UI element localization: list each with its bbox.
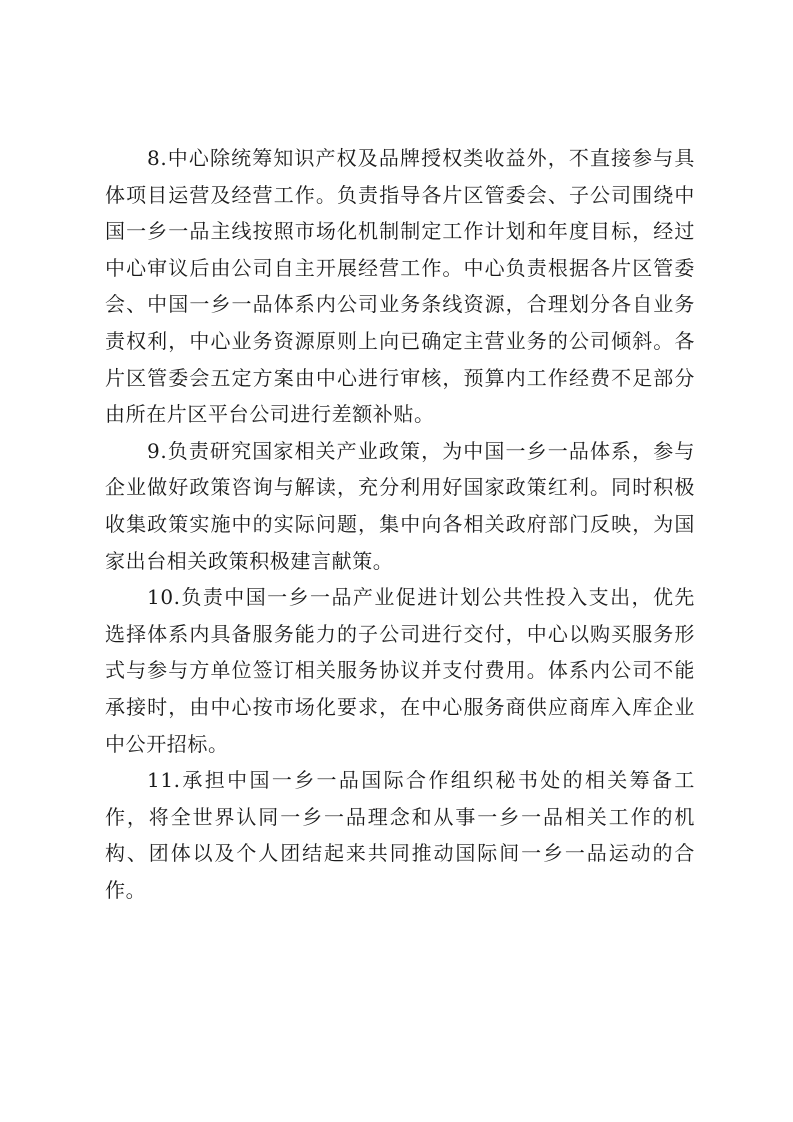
paragraph-8: 8.中心除统筹知识产权及品牌授权类收益外，不直接参与具体项目运营及经营工作。负责…	[105, 140, 695, 433]
paragraph-11: 11.承担中国一乡一品国际合作组织秘书处的相关筹备工作，将全世界认同一乡一品理念…	[105, 762, 695, 908]
paragraph-10: 10.负责中国一乡一品产业促进计划公共性投入支出，优先选择体系内具备服务能力的子…	[105, 579, 695, 762]
paragraph-9: 9.负责研究国家相关产业政策，为中国一乡一品体系，参与企业做好政策咨询与解读，充…	[105, 433, 695, 579]
document-page: 8.中心除统筹知识产权及品牌授权类收益外，不直接参与具体项目运营及经营工作。负责…	[105, 140, 695, 908]
